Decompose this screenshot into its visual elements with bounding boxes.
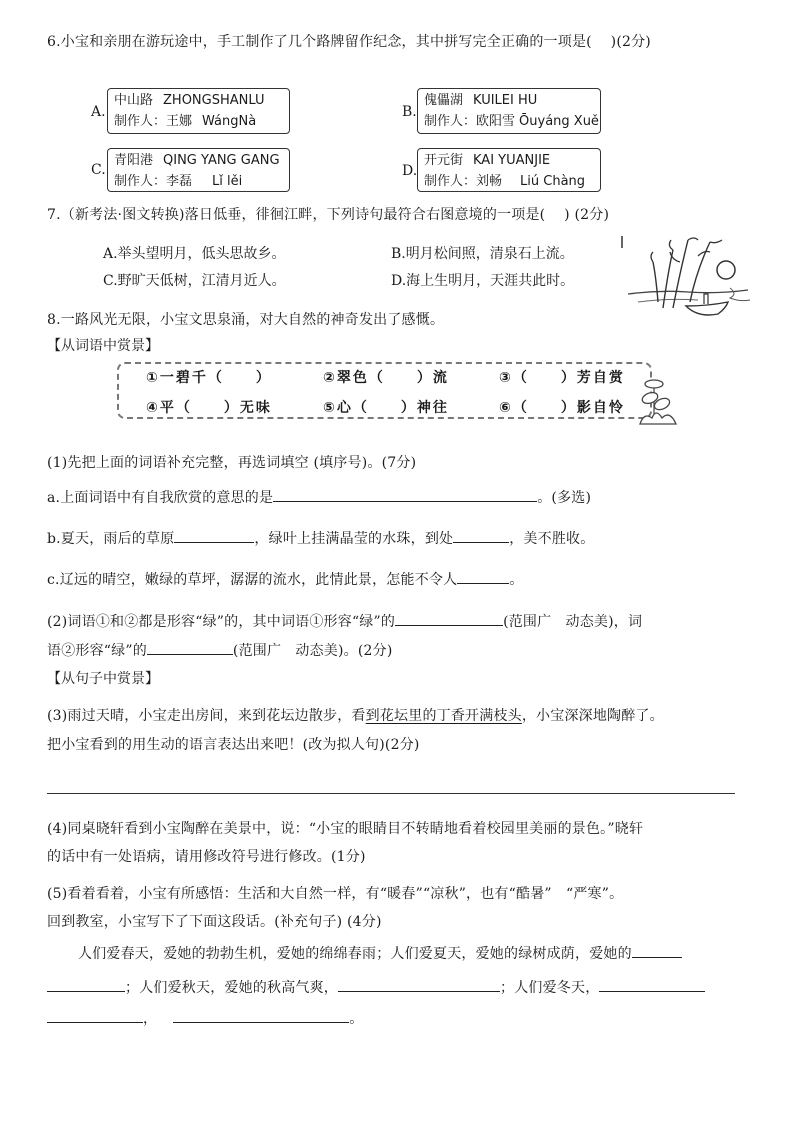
q8-part2-blank1[interactable]: [395, 611, 503, 626]
q8-part1-b-blank2[interactable]: [453, 528, 509, 543]
q8-part3-text1: (3)雨过天晴，小宝走出房间，来到花坛边散步，看: [47, 708, 366, 724]
reeds-boat-sun-icon: [618, 232, 754, 324]
sign-place-pinyin: QING YANG GANG: [163, 153, 280, 168]
q8-part5-blank1[interactable]: [632, 943, 682, 958]
q8-part1-a: a.上面词语中有自我欣赏的意思的是。(多选): [47, 487, 591, 507]
q8-part5-line4: ；人们爱秋天，爱她的秋高气爽，；人们爱冬天，: [47, 977, 705, 997]
sign-maker-pinyin: Lǐ lěi: [212, 174, 242, 189]
q8-part1-c-suffix: 。: [509, 572, 523, 588]
q8-part2-text3: 语②形容“绿”的: [47, 643, 147, 659]
sign-maker: 李磊: [166, 174, 192, 189]
q8-part1-c-text: c.辽远的晴空，嫩绿的草坪，潺潺的流水，此情此景，怎能不令人: [47, 572, 457, 588]
q8-part2-line1: (2)词语①和②都是形容“绿”的，其中词语①形容“绿”的(范围广 动态美)，词: [47, 611, 642, 631]
q7-option-d[interactable]: D.海上生明月，天涯共此时。: [391, 270, 574, 290]
sign-place: 中山路: [114, 93, 153, 108]
sign-maker-pinyin: Ōuyáng Xuě: [519, 114, 599, 129]
q6-option-d-sign[interactable]: 开元街KAI YUANJIE 制作人：刘畅Liú Chàng: [417, 148, 601, 192]
q8-part2-text4: (范围广 动态美)。(2分): [233, 643, 393, 659]
sign-place: 开元街: [424, 153, 463, 168]
q7-stem: 7.（新考法·图文转换)落日低垂，徘徊江畔，下列诗句最符合右图意境的一项是( )…: [47, 204, 609, 224]
q8-part1-b-blank1[interactable]: [174, 528, 254, 543]
q8-part2-blank2[interactable]: [147, 640, 233, 655]
q8-part5-line5: ，。: [47, 1008, 363, 1028]
q8-part1-c-blank[interactable]: [457, 569, 509, 584]
q8-part5-blank6[interactable]: [173, 1008, 349, 1023]
q8-part3-underlined: 到花坛里的丁香开满枝头: [366, 708, 522, 724]
word-item-1[interactable]: ①一碧千（ ）: [146, 367, 272, 387]
sign-maker-label: 制作人：: [424, 114, 476, 129]
q8-part3-answer-line[interactable]: [47, 793, 735, 794]
q7-option-b[interactable]: B.明月松间照，清泉石上流。: [391, 243, 574, 263]
sign-maker-label: 制作人：: [424, 174, 476, 189]
q6-option-a-sign[interactable]: 中山路ZHONGSHANLU 制作人：王娜WángNà: [107, 88, 290, 134]
word-item-5[interactable]: ⑤心（ ）神往: [323, 397, 449, 417]
q8-part3-line1: (3)雨过天晴，小宝走出房间，来到花坛边散步，看到花坛里的丁香开满枝头，小宝深深…: [47, 705, 664, 725]
q8-part2-line2: 语②形容“绿”的(范围广 动态美)。(2分): [47, 640, 392, 660]
river-reeds-illustration: [618, 232, 754, 324]
q8-part5-blank3[interactable]: [338, 977, 500, 992]
q7-option-c[interactable]: C.野旷天低树，江清月近人。: [103, 270, 286, 290]
word-item-6[interactable]: ⑥（ ）影自怜: [499, 397, 625, 417]
q8-part5-end: 。: [349, 1011, 363, 1027]
sign-place: 傀儡湖: [424, 93, 463, 108]
flower-illustration: [636, 378, 682, 426]
sign-place: 青阳港: [114, 153, 153, 168]
q8-part5-blank2[interactable]: [47, 977, 125, 992]
q8-part2-text1: (2)词语①和②都是形容“绿”的，其中词语①形容“绿”的: [47, 614, 395, 630]
q8-part1-b-text2: ，绿叶上挂满晶莹的水珠，到处: [254, 531, 453, 547]
sign-maker: 刘畅: [476, 174, 502, 189]
q8-part5-text3: ；人们爱冬天，: [500, 980, 599, 996]
q8-part1-b-text1: b.夏天，雨后的草原: [47, 531, 174, 547]
sign-maker-pinyin: WángNà: [202, 114, 256, 129]
q8-part5-line2: 回到教室，小宝写下了下面这段话。(补充句子) (4分): [47, 911, 382, 931]
q8-part5-sep: ，: [143, 1011, 157, 1027]
q6-stem: 6.小宝和亲朋在游玩途中，手工制作了几个路牌留作纪念，其中拼写完全正确的一项是(…: [47, 31, 651, 51]
sign-maker-label: 制作人：: [114, 174, 166, 189]
q8-part5-text1: 人们爱春天，爱她的勃勃生机，爱她的绵绵春雨；人们爱夏天，爱她的绿树成荫，爱她的: [78, 946, 632, 962]
q8-part5-text2: ；人们爱秋天，爱她的秋高气爽，: [125, 980, 338, 996]
sign-maker: 欧阳雪: [476, 114, 515, 129]
q6-option-b-sign[interactable]: 傀儡湖KUILEI HU 制作人：欧阳雪Ōuyáng Xuě: [417, 88, 601, 134]
section-heading-words: 【从词语中赏景】: [47, 335, 159, 355]
section-heading-sentences: 【从句子中赏景】: [47, 668, 159, 688]
q8-part4-line1: (4)同桌晓轩看到小宝陶醉在美景中，说：“小宝的眼睛目不转睛地看着校园里美丽的景…: [47, 818, 643, 838]
q8-part1-a-blank[interactable]: [273, 487, 537, 502]
q8-stem: 8.一路风光无限，小宝文思泉涌，对大自然的神奇发出了感慨。: [47, 309, 444, 329]
word-item-3[interactable]: ③（ ）芳自赏: [499, 367, 625, 387]
q8-part1-a-text: a.上面词语中有自我欣赏的意思的是: [47, 490, 273, 506]
q8-part5-line1: (5)看着看着，小宝有所感悟：生活和大自然一样，有“暖春”“凉秋”，也有“酷暑”…: [47, 883, 623, 903]
q6-option-c-sign[interactable]: 青阳港QING YANG GANG 制作人：李磊Lǐ lěi: [107, 148, 290, 192]
q8-part5-blank5[interactable]: [47, 1008, 143, 1023]
q8-part4-line2: 的话中有一处语病，请用修改符号进行修改。(1分): [47, 846, 366, 866]
q8-part5-line3: 人们爱春天，爱她的勃勃生机，爱她的绵绵春雨；人们爱夏天，爱她的绿树成荫，爱她的: [78, 943, 682, 963]
sign-maker-pinyin: Liú Chàng: [520, 174, 585, 189]
sign-maker-label: 制作人：: [114, 114, 166, 129]
q6-option-d-label[interactable]: D.: [402, 163, 417, 179]
q8-part1-b-text3: ，美不胜收。: [509, 531, 594, 547]
q8-part3-line2: 把小宝看到的用生动的语言表达出来吧！(改为拟人句)(2分): [47, 734, 420, 754]
word-item-4[interactable]: ④平（ ）无味: [146, 397, 272, 417]
q6-option-c-label[interactable]: C.: [91, 162, 106, 178]
flower-icon: [636, 378, 682, 426]
sign-place-pinyin: KAI YUANJIE: [473, 153, 550, 168]
q8-part5-blank4[interactable]: [599, 977, 705, 992]
q8-part1-c: c.辽远的晴空，嫩绿的草坪，潺潺的流水，此情此景，怎能不令人。: [47, 569, 524, 589]
q8-part1-title: (1)先把上面的词语补充完整，再选词填空 (填序号)。(7分): [47, 452, 416, 472]
sign-maker: 王娜: [166, 114, 192, 129]
sign-place-pinyin: ZHONGSHANLU: [163, 93, 264, 108]
q6-option-a-label[interactable]: A.: [91, 104, 106, 120]
q8-part1-a-suffix: 。(多选): [537, 490, 591, 506]
q7-option-a[interactable]: A.举头望明月，低头思故乡。: [103, 243, 286, 263]
q8-part3-text2: ，小宝深深地陶醉了。: [522, 708, 664, 724]
sign-place-pinyin: KUILEI HU: [473, 93, 537, 108]
word-item-2[interactable]: ②翠色（ ）流: [323, 367, 449, 387]
q6-option-b-label[interactable]: B.: [402, 104, 417, 120]
q8-part2-text2: (范围广 动态美)，词: [503, 614, 642, 630]
q8-part1-b: b.夏天，雨后的草原，绿叶上挂满晶莹的水珠，到处，美不胜收。: [47, 528, 594, 548]
